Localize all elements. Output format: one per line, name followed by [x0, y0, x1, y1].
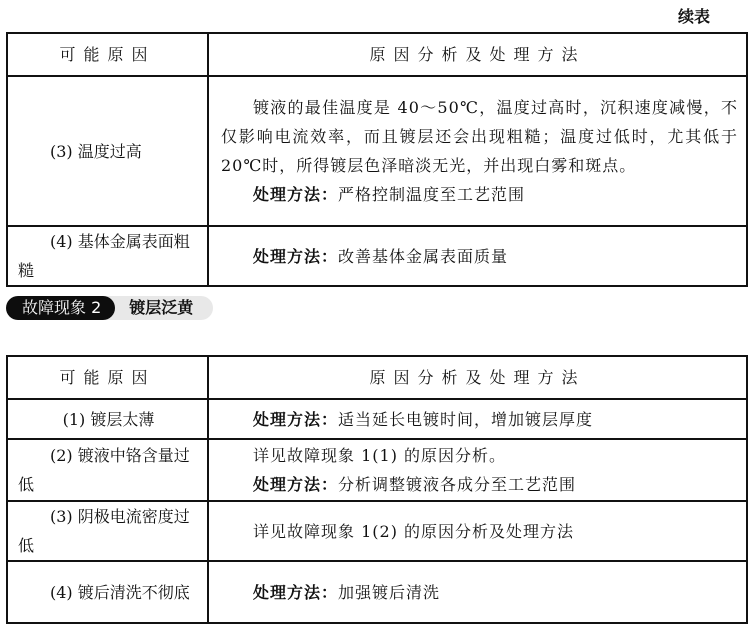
analysis-text: 详见故障现象 1(2) 的原因分析及处理方法 — [221, 517, 738, 546]
table-header-row: 可能原因 原因分析及处理方法 — [7, 356, 747, 399]
header-cause: 可能原因 — [7, 356, 208, 399]
table-row: (4) 镀后清洗不彻底 处理方法：加强镀后清洗 — [7, 561, 747, 623]
method-text: 分析调整镀液各成分至工艺范围 — [338, 475, 576, 494]
analysis-cell: 处理方法：加强镀后清洗 — [208, 561, 747, 623]
fault-badge: 故障现象 2 — [6, 296, 115, 320]
cause-cell: (3) 温度过高 — [7, 76, 208, 226]
cause-cell: (4) 基体金属表面粗糙 — [7, 226, 208, 286]
analysis-cell: 处理方法：适当延长电镀时间，增加镀层厚度 — [208, 399, 747, 439]
method-text: 严格控制温度至工艺范围 — [338, 185, 525, 204]
method-text: 改善基体金属表面质量 — [338, 247, 508, 266]
method-line: 处理方法：严格控制温度至工艺范围 — [221, 180, 738, 209]
cause-cell: (1) 镀层太薄 — [7, 399, 208, 439]
method-label: 处理方法： — [253, 583, 338, 602]
analysis-cell: 处理方法：改善基体金属表面质量 — [208, 226, 747, 286]
header-analysis: 原因分析及处理方法 — [208, 356, 747, 399]
table-row: (1) 镀层太薄 处理方法：适当延长电镀时间，增加镀层厚度 — [7, 399, 747, 439]
analysis-cell: 镀液的最佳温度是 40～50℃，温度过高时，沉积速度减慢，不仅影响电流效率，而且… — [208, 76, 747, 226]
fault-title: 镀层泛黄 — [103, 296, 213, 320]
method-label: 处理方法： — [253, 247, 338, 266]
method-label: 处理方法： — [253, 475, 338, 494]
table-header-row: 可能原因 原因分析及处理方法 — [7, 33, 747, 76]
fault-table-2: 可能原因 原因分析及处理方法 (1) 镀层太薄 处理方法：适当延长电镀时间，增加… — [6, 355, 748, 624]
fault-table-1: 可能原因 原因分析及处理方法 (3) 温度过高 镀液的最佳温度是 40～50℃，… — [6, 32, 748, 287]
method-line: 处理方法：加强镀后清洗 — [221, 578, 738, 607]
method-label: 处理方法： — [253, 410, 338, 429]
cause-cell: (4) 镀后清洗不彻底 — [7, 561, 208, 623]
method-line: 处理方法：改善基体金属表面质量 — [221, 242, 738, 271]
analysis-cell: 详见故障现象 1(2) 的原因分析及处理方法 — [208, 501, 747, 561]
analysis-cell: 详见故障现象 1(1) 的原因分析。 处理方法：分析调整镀液各成分至工艺范围 — [208, 439, 747, 501]
cause-cell: (2) 镀液中铬含量过低 — [7, 439, 208, 501]
table-row: (4) 基体金属表面粗糙 处理方法：改善基体金属表面质量 — [7, 226, 747, 286]
method-label: 处理方法： — [253, 185, 338, 204]
header-analysis: 原因分析及处理方法 — [208, 33, 747, 76]
analysis-text: 镀液的最佳温度是 40～50℃，温度过高时，沉积速度减慢，不仅影响电流效率，而且… — [221, 93, 738, 180]
cause-cell: (3) 阴极电流密度过低 — [7, 501, 208, 561]
continued-table-label: 续表 — [678, 4, 710, 27]
method-line: 处理方法：分析调整镀液各成分至工艺范围 — [221, 470, 738, 499]
method-text: 适当延长电镀时间，增加镀层厚度 — [338, 410, 593, 429]
method-text: 加强镀后清洗 — [338, 583, 440, 602]
table-row: (3) 温度过高 镀液的最佳温度是 40～50℃，温度过高时，沉积速度减慢，不仅… — [7, 76, 747, 226]
analysis-text: 详见故障现象 1(1) 的原因分析。 — [221, 441, 738, 470]
table-row: (3) 阴极电流密度过低 详见故障现象 1(2) 的原因分析及处理方法 — [7, 501, 747, 561]
section-heading: 故障现象 2 镀层泛黄 — [6, 296, 213, 320]
method-line: 处理方法：适当延长电镀时间，增加镀层厚度 — [221, 405, 738, 434]
table-row: (2) 镀液中铬含量过低 详见故障现象 1(1) 的原因分析。 处理方法：分析调… — [7, 439, 747, 501]
header-cause: 可能原因 — [7, 33, 208, 76]
